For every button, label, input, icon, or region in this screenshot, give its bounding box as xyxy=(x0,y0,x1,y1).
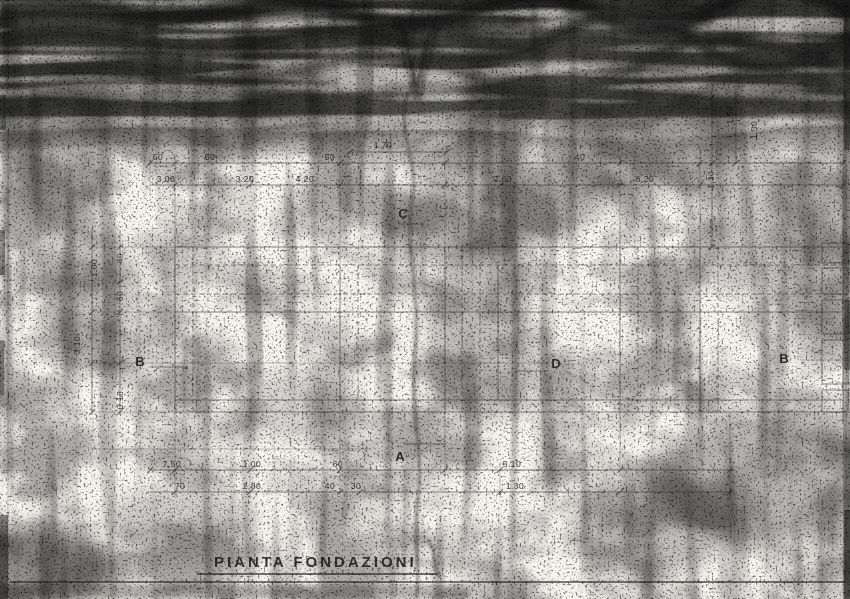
noise-speckle-layer xyxy=(0,0,850,599)
scanned-sheet: 1.70 50 60 50 40 3.00 3.20 4.20 2.60 6.2… xyxy=(0,0,850,599)
scanned-drawing: 1.70 50 60 50 40 3.00 3.20 4.20 2.60 6.2… xyxy=(0,0,850,599)
